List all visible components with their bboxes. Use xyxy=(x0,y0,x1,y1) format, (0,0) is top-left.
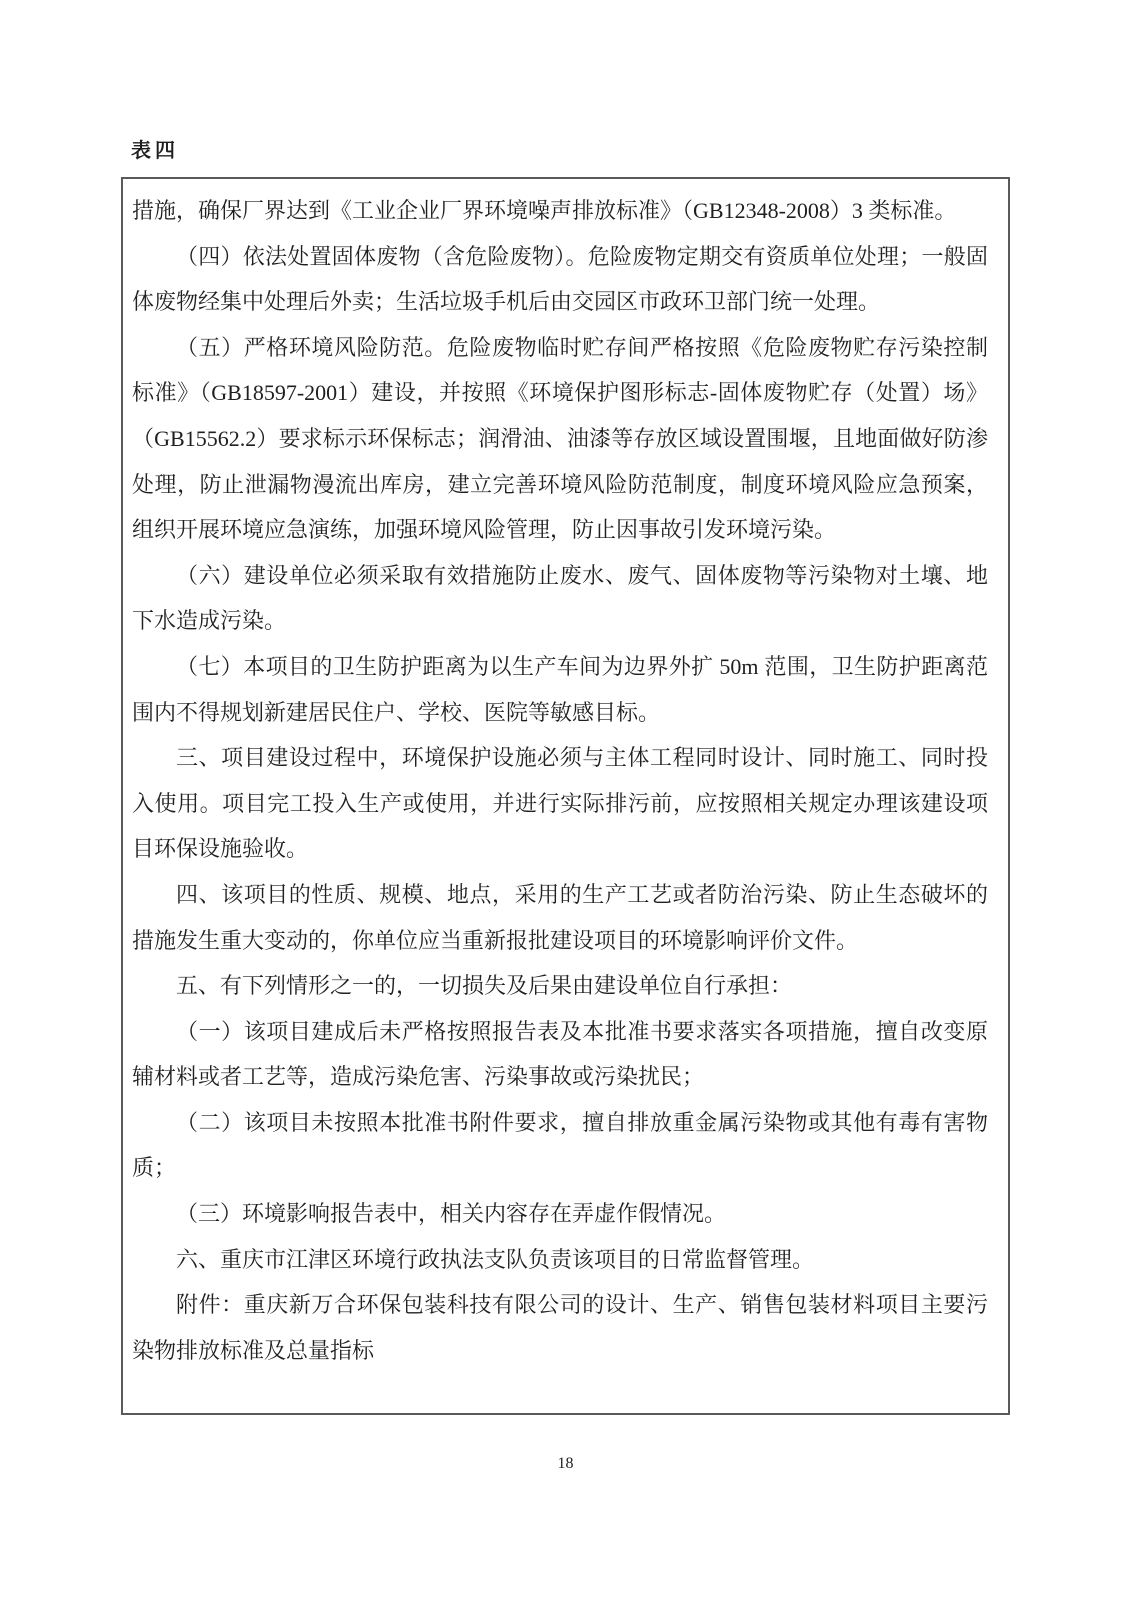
page-number: 18 xyxy=(0,1455,1131,1473)
paragraph-subitem-1: （一）该项目建成后未严格按照报告表及本批准书要求落实各项措施，擅自改变原辅材料或… xyxy=(132,1009,988,1100)
paragraph-item-5: （五）严格环境风险防范。危险废物临时贮存间严格按照《危险废物贮存污染控制标准》（… xyxy=(132,325,988,553)
paragraph-subitem-3: （三）环境影响报告表中，相关内容存在弄虚作假情况。 xyxy=(132,1191,988,1237)
paragraph-item-4: （四）依法处置固体废物（含危险废物）。危险废物定期交有资质单位处理；一般固体废物… xyxy=(132,234,988,325)
paragraph-section-4: 四、该项目的性质、规模、地点，采用的生产工艺或者防治污染、防止生态破坏的措施发生… xyxy=(132,872,988,963)
paragraph-continuation: 措施，确保厂界达到《工业企业厂界环境噪声排放标准》（GB12348-2008）3… xyxy=(132,188,988,234)
table-caption: 表四 xyxy=(131,134,179,163)
paragraph-section-3: 三、项目建设过程中，环境保护设施必须与主体工程同时设计、同时施工、同时投入使用。… xyxy=(132,735,988,872)
paragraph-section-5: 五、有下列情形之一的，一切损失及后果由建设单位自行承担： xyxy=(132,963,988,1009)
content-box: 措施，确保厂界达到《工业企业厂界环境噪声排放标准》（GB12348-2008）3… xyxy=(121,177,1010,1415)
paragraph-section-6: 六、重庆市江津区环境行政执法支队负责该项目的日常监督管理。 xyxy=(132,1237,988,1283)
paragraph-attachment: 附件：重庆新万合环保包装科技有限公司的设计、生产、销售包装材料项目主要污染物排放… xyxy=(132,1282,988,1373)
document-page: 表四 措施，确保厂界达到《工业企业厂界环境噪声排放标准》（GB12348-200… xyxy=(0,0,1131,1600)
paragraph-item-7: （七）本项目的卫生防护距离为以生产车间为边界外扩 50m 范围，卫生防护距离范围… xyxy=(132,644,988,735)
paragraph-subitem-2: （二）该项目未按照本批准书附件要求，擅自排放重金属污染物或其他有毒有害物质； xyxy=(132,1100,988,1191)
paragraph-item-6: （六）建设单位必须采取有效措施防止废水、废气、固体废物等污染物对土壤、地下水造成… xyxy=(132,553,988,644)
